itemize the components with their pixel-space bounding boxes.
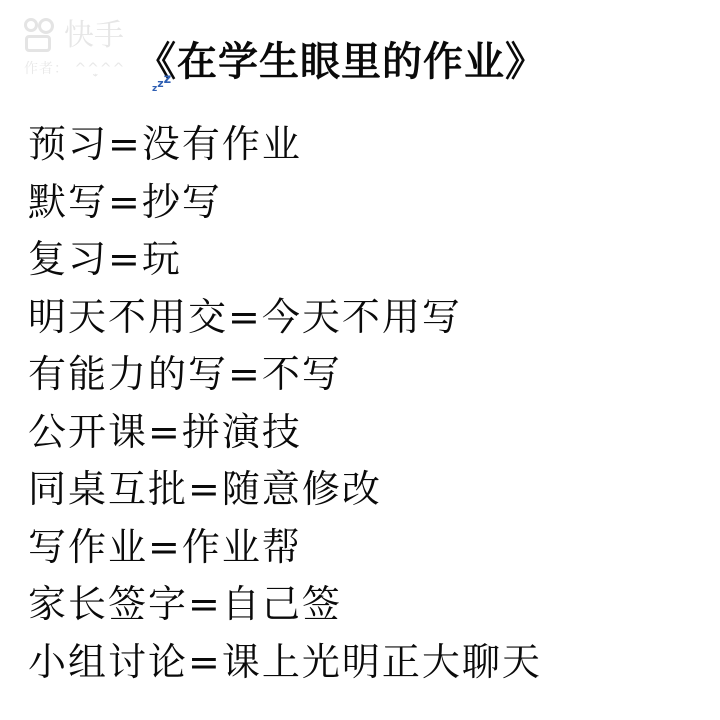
kuaishou-watermark: 快手 作者： ^^̮̩̮^^ (22, 18, 125, 78)
zzz-icon: zzz (152, 72, 171, 94)
page-title: 《在学生眼里的作业》 (136, 34, 546, 90)
list-item: 家长签字=自己签 (28, 576, 542, 634)
list-item: 小组讨论=课上光明正大聊天 (28, 634, 542, 692)
kuaishou-logo-icon (22, 18, 58, 54)
list-item: 写作业=作业帮 (28, 519, 542, 577)
list-item: 明天不用交=今天不用写 (28, 289, 542, 347)
list-item: 同桌互批=随意修改 (28, 461, 542, 519)
watermark-author: 作者： ^^̮̩̮^^ (24, 58, 125, 78)
homework-list: 预习=没有作业 默写=抄写 复习=玩 明天不用交=今天不用写 有能力的写=不写 … (28, 116, 542, 691)
list-item: 默写=抄写 (28, 174, 542, 232)
list-item: 公开课=拼演技 (28, 404, 542, 462)
watermark-brand: 快手 (22, 18, 125, 54)
watermark-brand-text: 快手 (64, 18, 124, 54)
list-item: 有能力的写=不写 (28, 346, 542, 404)
list-item: 复习=玩 (28, 231, 542, 289)
list-item: 预习=没有作业 (28, 116, 542, 174)
